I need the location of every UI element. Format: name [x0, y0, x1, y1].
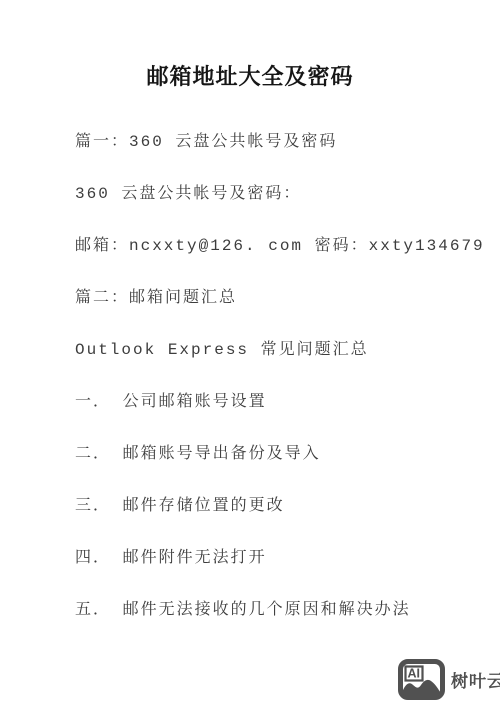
document-body: 篇一：360 云盘公共帐号及密码 360 云盘公共帐号及密码： 邮箱：ncxxt… [0, 0, 500, 708]
paragraph-line: 五． 邮件无法接收的几个原因和解决办法 [75, 601, 411, 619]
paragraph-line: 360 云盘公共帐号及密码： [75, 185, 301, 203]
paragraph-line: 三． 邮件存储位置的更改 [75, 497, 285, 515]
paragraph-line: Outlook Express 常见问题汇总 [75, 341, 369, 359]
paragraph-line: 篇二：邮箱问题汇总 [75, 289, 237, 307]
paragraph-line: 一． 公司邮箱账号设置 [75, 393, 267, 411]
document-page: 邮箱地址大全及密码 篇一：360 云盘公共帐号及密码 360 云盘公共帐号及密码… [0, 0, 500, 708]
paragraph-line: 二． 邮箱账号导出备份及导入 [75, 445, 321, 463]
brand-name: 树叶云 [451, 667, 500, 692]
paragraph-line: 四． 邮件附件无法打开 [75, 549, 267, 567]
paragraph-line: 篇一：360 云盘公共帐号及密码 [75, 133, 337, 151]
brand-watermark: AI 树叶云 [398, 659, 500, 700]
paragraph-line: 邮箱：ncxxty@126. com 密码：xxty134679 [75, 237, 485, 255]
ai-image-icon: AI [398, 659, 445, 700]
ai-icon-label: AI [408, 667, 421, 681]
